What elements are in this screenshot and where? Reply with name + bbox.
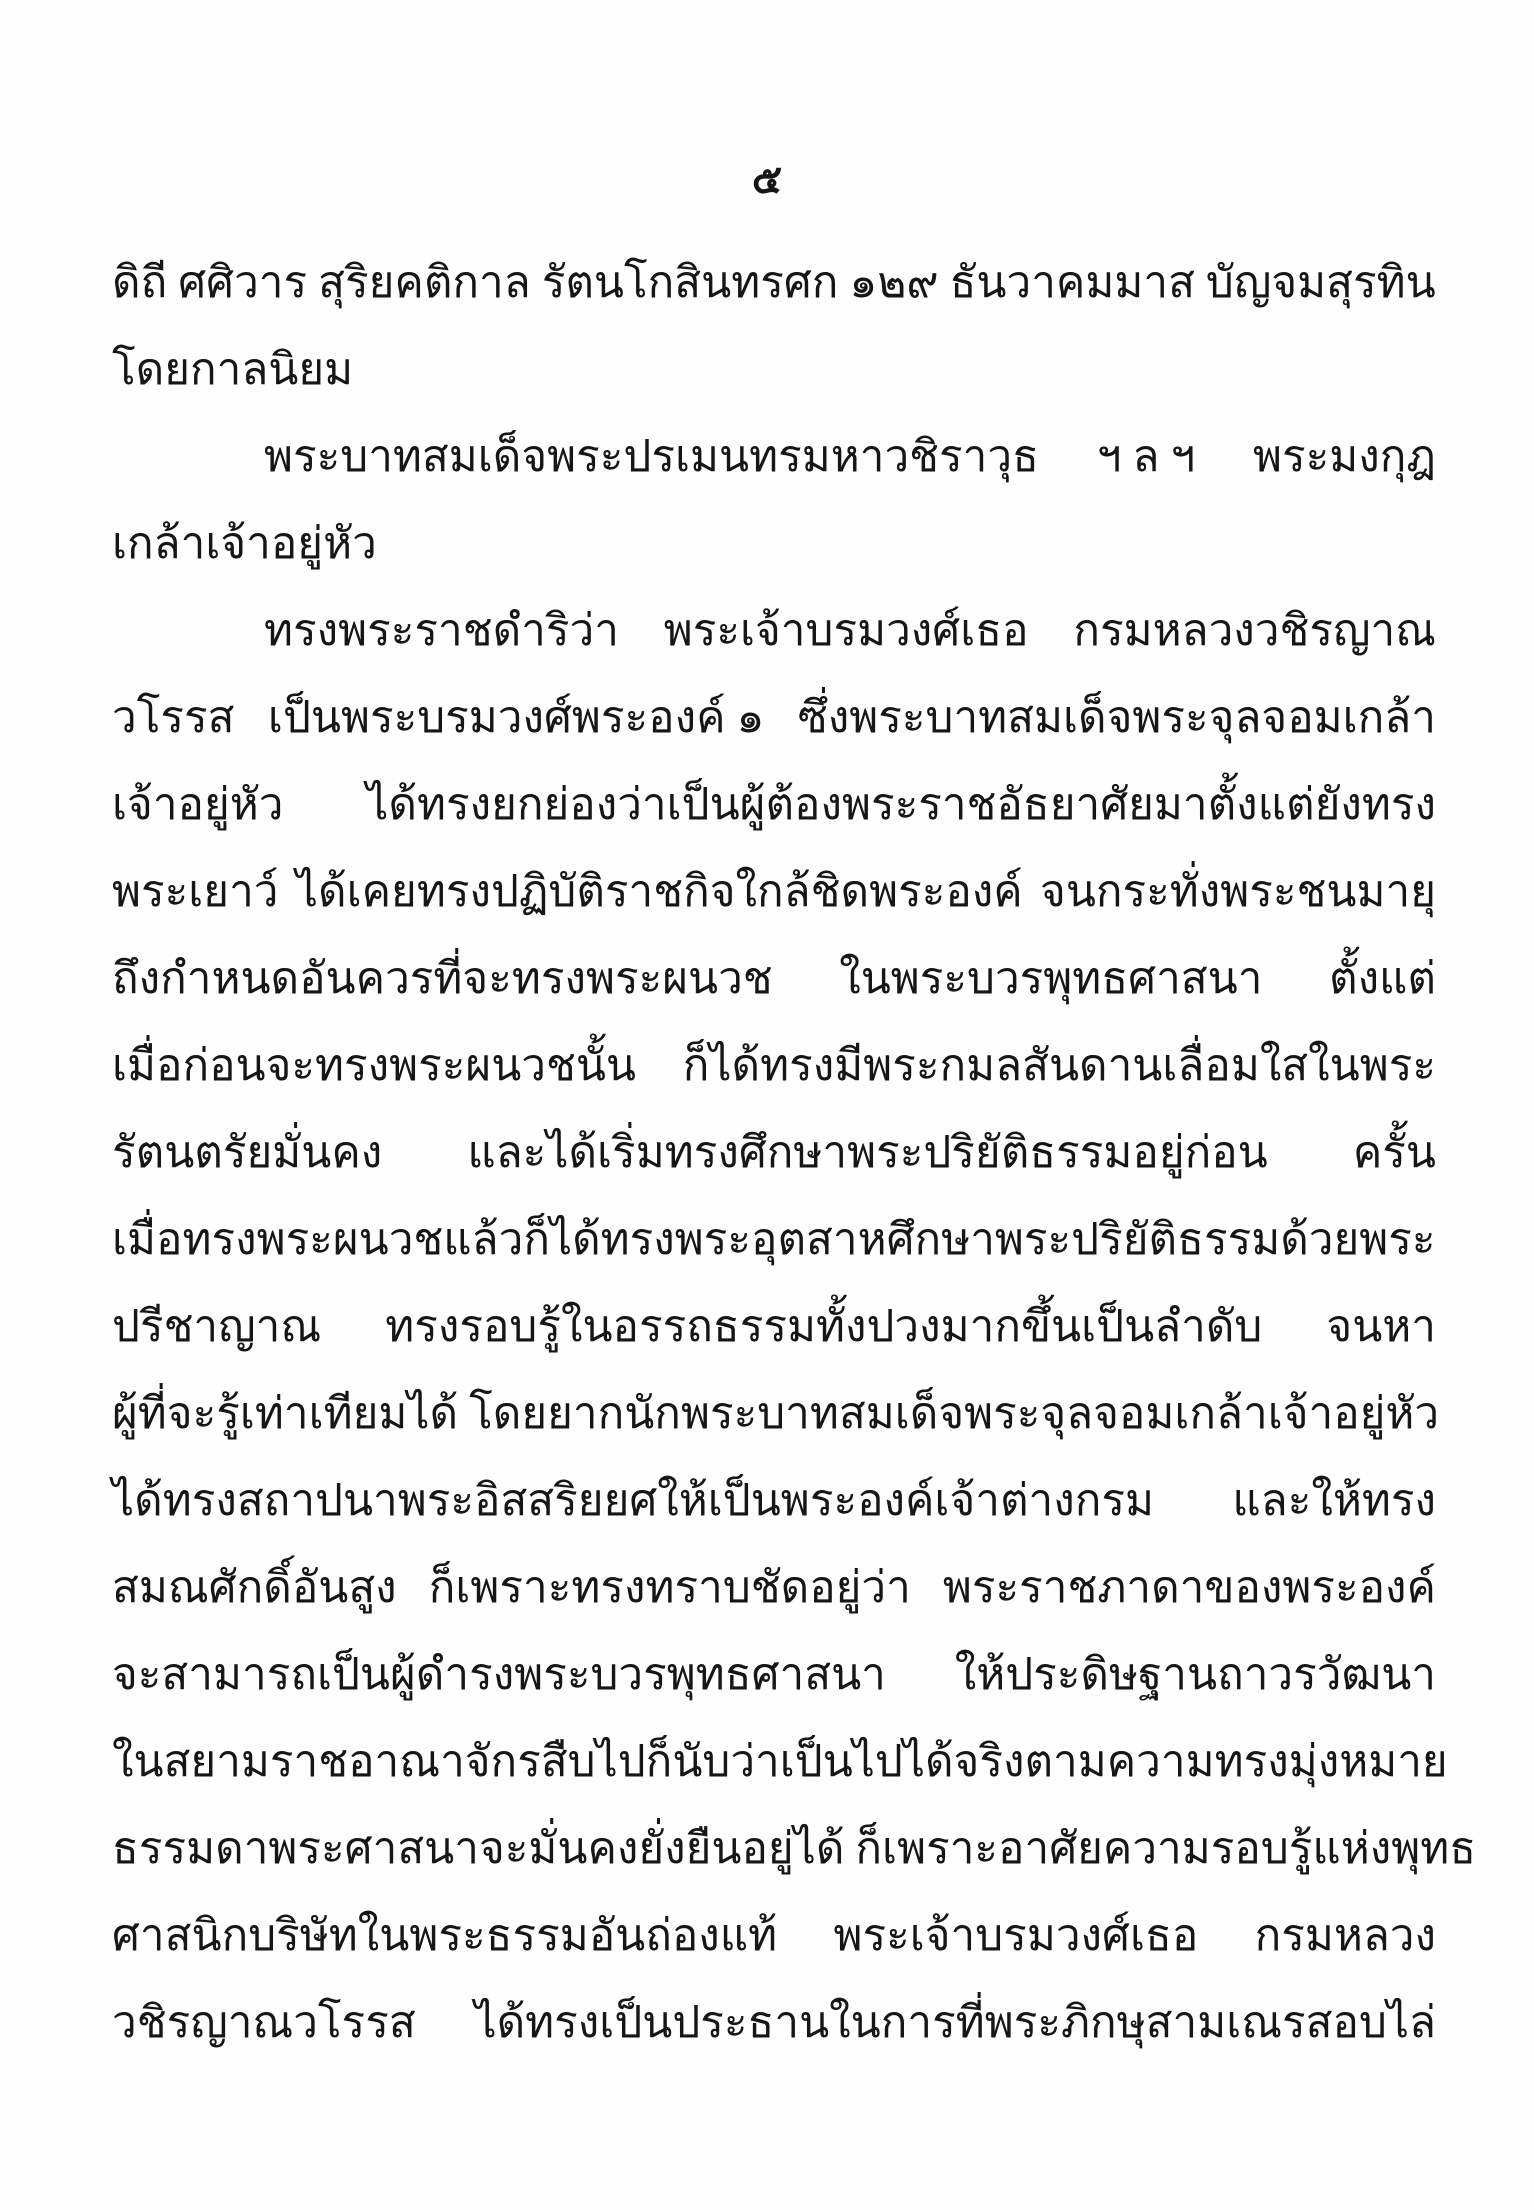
line-segment: ก็เพราะทรงทราบชัดอยู่ว่า [429,1564,911,1612]
line-segment: ก็ได้ทรงมีพระกมลสันดานเลื่อมใสในพระ [683,1042,1436,1090]
line-segment: ปรีชาญาณ [112,1303,321,1351]
line-segment: ฯ ล ฯ [1097,433,1195,481]
line-segment: ได้ทรงเป็นประธานในการที่พระภิกษุสามเณรสอ… [474,1999,1436,2047]
line-segment: ศาสนิกบริษัทในพระธรรมอันถ่องแท้ [112,1912,777,1960]
line-segment: โดยกาลนิยม [112,346,353,394]
text-line: วชิรญาณวโรรส ได้ทรงเป็นประธานในการที่พระ… [112,1980,1436,2067]
text-line: พระบาทสมเด็จพระปรเมนทรมหาวชิราวุธ ฯ ล ฯ … [112,414,1436,501]
text-line: เมื่อก่อนจะทรงพระผนวชนั้น ก็ได้ทรงมีพระก… [112,1023,1436,1110]
line-segment: พระเจ้าบรมวงศ์เธอ [664,607,1029,655]
text-line: ถึงกำหนดอันควรที่จะทรงพระผนวช ในพระบวรพุ… [112,936,1436,1023]
text-line: ธรรมดาพระศาสนาจะมั่นคงยั่งยืนอยู่ได้ ก็เ… [112,1806,1436,1893]
page-number: ๕ [0,0,1534,200]
text-line: ดิถี ศศิวาร สุริยคติกาล รัตนโกสินทรศก ๑๒… [112,240,1436,327]
line-segment: ในพระบวรพุทธศาสนา [839,955,1262,1003]
text-line: พระเยาว์ ได้เคยทรงปฏิบัติราชกิจใกล้ชิดพร… [112,849,1436,936]
text-line: ปรีชาญาณ ทรงรอบรู้ในอรรถธรรมทั้งปวงมากขึ… [112,1284,1436,1371]
text-line: ผู้ที่จะรู้เท่าเทียมได้ โดยยากนัก พระบาท… [112,1371,1436,1458]
line-segment: พระราชภาดาของพระองค์ [943,1564,1436,1612]
line-segment: เกล้าเจ้าอยู่หัว [112,520,377,568]
line-segment: ธรรมดาพระศาสนาจะมั่นคงยั่งยืนอยู่ได้ ก็เ… [112,1825,1476,1873]
line-segment: ได้ทรงยกย่องว่าเป็นผู้ต้องพระราชอัธยาศัย… [366,781,1436,829]
text-line: จะสามารถเป็นผู้ดำรงพระบวรพุทธศาสนา ให้ปร… [112,1632,1436,1719]
line-segment: เจ้าอยู่หัว [112,781,283,829]
line-segment: พระมงกุฎ [1253,433,1436,481]
line-segment: ทรงพระราชดำริว่า [264,607,619,655]
text-line: สมณศักดิ์อันสูง ก็เพราะทรงทราบชัดอยู่ว่า… [112,1545,1436,1632]
line-segment: ได้ทรงสถาปนาพระอิสสริยยศให้เป็นพระองค์เจ… [112,1477,1154,1525]
line-segment: พระบาทสมเด็จพระจุลจอมเกล้าเจ้าอยู่หัว [681,1390,1439,1438]
line-segment: จนกระทั่งพระชนมายุ [1040,868,1436,916]
line-segment: วโรรส [112,694,234,742]
text-line: รัตนตรัยมั่นคง และได้เริ่มทรงศึกษาพระปริ… [112,1110,1436,1197]
text-line: ได้ทรงสถาปนาพระอิสสริยยศให้เป็นพระองค์เจ… [112,1458,1436,1545]
scanned-document-page: ๕ ดิถี ศศิวาร สุริยคติกาล รัตนโกสินทรศก … [0,0,1534,2209]
text-line: วโรรส เป็นพระบรมวงศ์พระองค์ ๑ ซึ่งพระบาท… [112,675,1436,762]
line-segment: ซึ่งพระบาทสมเด็จพระจุลจอมเกล้า [798,694,1436,742]
line-segment: จนหา [1326,1303,1436,1351]
line-segment: และให้ทรง [1232,1477,1436,1525]
line-segment: จะสามารถเป็นผู้ดำรงพระบวรพุทธศาสนา [112,1651,886,1699]
line-segment: ผู้ที่จะรู้เท่าเทียมได้ โดยยากนัก [112,1390,681,1438]
line-segment: พระบาทสมเด็จพระปรเมนทรมหาวชิราวุธ [264,433,1039,481]
line-segment: ดิถี ศศิวาร สุริยคติกาล รัตนโกสินทรศก ๑๒… [112,259,1436,307]
text-line: ในสยามราชอาณาจักรสืบไป ก็นับว่าเป็นไปได้… [112,1719,1436,1806]
line-segment: พระเจ้าบรมวงศ์เธอ [833,1912,1198,1960]
line-segment: รัตนตรัยมั่นคง [112,1129,382,1177]
line-segment: เป็นพระบรมวงศ์พระองค์ ๑ [268,694,765,742]
text-line: เกล้าเจ้าอยู่หัว [112,501,1436,588]
line-segment: และได้เริ่มทรงศึกษาพระปริยัติธรรมอยู่ก่อ… [467,1129,1267,1177]
line-segment: ทรงรอบรู้ในอรรถธรรมทั้งปวงมากขึ้นเป็นลำด… [385,1303,1262,1351]
line-segment: ครั้น [1353,1129,1436,1177]
text-line: โดยกาลนิยม [112,327,1436,414]
text-line: เจ้าอยู่หัว ได้ทรงยกย่องว่าเป็นผู้ต้องพร… [112,762,1436,849]
line-segment: ก็นับว่าเป็นไปได้จริงตามความทรงมุ่งหมาย [646,1738,1448,1786]
text-line: ศาสนิกบริษัทในพระธรรมอันถ่องแท้ พระเจ้าบ… [112,1893,1436,1980]
line-segment: กรมหลวงวชิรญาณ [1073,607,1436,655]
line-segment: ให้ประดิษฐานถาวรวัฒนา [955,1651,1436,1699]
line-segment: สมณศักดิ์อันสูง [112,1564,397,1612]
line-segment: ถึงกำหนดอันควรที่จะทรงพระผนวช [112,955,773,1003]
line-segment: ในสยามราชอาณาจักรสืบไป [112,1738,646,1786]
text-line: ทรงพระราชดำริว่า พระเจ้าบรมวงศ์เธอ กรมหล… [112,588,1436,675]
line-segment: เมื่อก่อนจะทรงพระผนวชนั้น [112,1042,636,1090]
line-segment: ตั้งแต่ [1329,955,1436,1003]
line-segment: เมื่อทรงพระผนวชแล้วก็ได้ทรงพระอุตสาหศึกษ… [112,1216,1436,1264]
line-segment: วชิรญาณวโรรส [112,1999,416,2047]
line-segment: ได้เคยทรงปฏิบัติราชกิจใกล้ชิดพระองค์ [296,868,1023,916]
text-line: เมื่อทรงพระผนวชแล้วก็ได้ทรงพระอุตสาหศึกษ… [112,1197,1436,1284]
line-segment: พระเยาว์ [112,868,279,916]
line-segment: กรมหลวง [1255,1912,1436,1960]
document-text-block: ดิถี ศศิวาร สุริยคติกาล รัตนโกสินทรศก ๑๒… [0,240,1534,2067]
